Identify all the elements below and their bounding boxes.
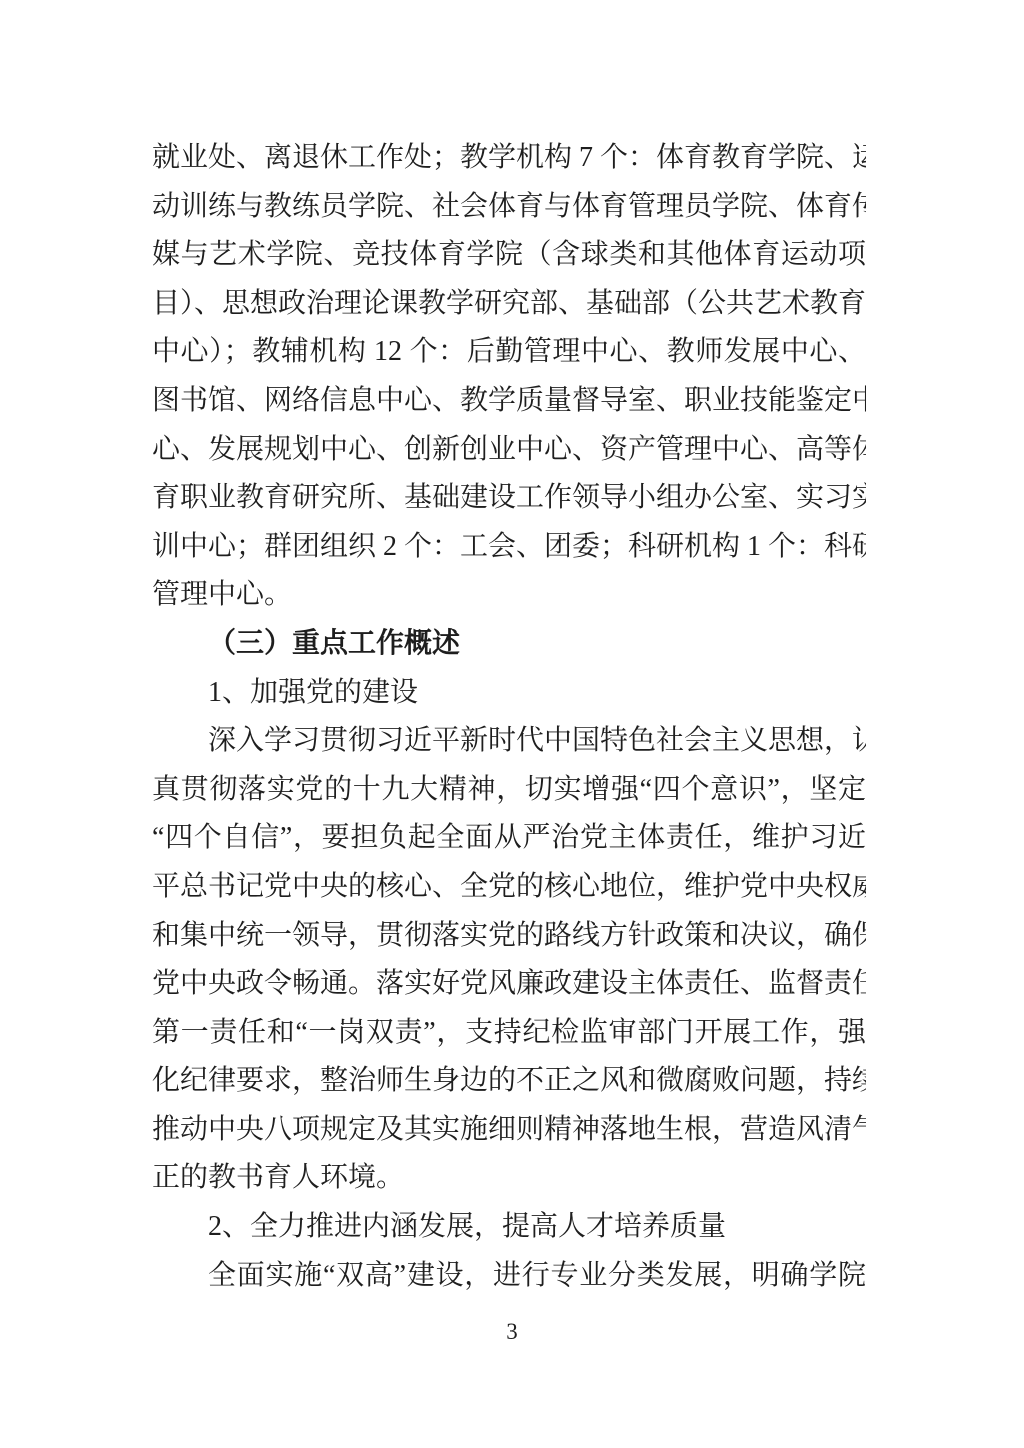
body-line: 训中心；群团组织 2 个：工会、团委；科研机构 1 个：科研 bbox=[152, 523, 866, 572]
body-line: 中心）；教辅机构 12 个：后勤管理中心、教师发展中心、 bbox=[152, 328, 866, 377]
body-line: “四个自信”，要担负起全面从严治党主体责任，维护习近 bbox=[152, 814, 866, 863]
body-line: 动训练与教练员学院、社会体育与体育管理员学院、体育传 bbox=[152, 183, 866, 232]
section-heading: （三）重点工作概述 bbox=[152, 620, 866, 669]
body-line: 目）、思想政治理论课教学研究部、基础部（公共艺术教育 bbox=[152, 280, 866, 329]
body-line: 第一责任和“一岗双责”，支持纪检监审部门开展工作，强 bbox=[152, 1009, 866, 1058]
body-line: 全面实施“双高”建设，进行专业分类发展，明确学院 bbox=[152, 1252, 866, 1301]
body-line: 媒与艺术学院、竞技体育学院（含球类和其他体育运动项 bbox=[152, 231, 866, 280]
body-line: 管理中心。 bbox=[152, 571, 866, 620]
body-line: 心、发展规划中心、创新创业中心、资产管理中心、高等体 bbox=[152, 426, 866, 475]
document-page: 就业处、离退休工作处；教学机构 7 个：体育教育学院、运 动训练与教练员学院、社… bbox=[0, 0, 1024, 1448]
body-line: 深入学习贯彻习近平新时代中国特色社会主义思想，认 bbox=[152, 717, 866, 766]
body-line: 就业处、离退休工作处；教学机构 7 个：体育教育学院、运 bbox=[152, 134, 866, 183]
body-line: 育职业教育研究所、基础建设工作领导小组办公室、实习实 bbox=[152, 474, 866, 523]
body-line: 党中央政令畅通。落实好党风廉政建设主体责任、监督责任、 bbox=[152, 960, 866, 1009]
body-line: 和集中统一领导，贯彻落实党的路线方针政策和决议，确保 bbox=[152, 912, 866, 961]
body-line: 图书馆、网络信息中心、教学质量督导室、职业技能鉴定中 bbox=[152, 377, 866, 426]
body-line: 真贯彻落实党的十九大精神，切实增强“四个意识”，坚定 bbox=[152, 766, 866, 815]
subsection-heading-2: 2、全力推进内涵发展，提高人才培养质量 bbox=[152, 1203, 866, 1252]
body-line: 化纪律要求，整治师生身边的不正之风和微腐败问题，持续 bbox=[152, 1057, 866, 1106]
subsection-heading-1: 1、加强党的建设 bbox=[152, 669, 866, 718]
body-line: 平总书记党中央的核心、全党的核心地位，维护党中央权威 bbox=[152, 863, 866, 912]
document-body: 就业处、离退休工作处；教学机构 7 个：体育教育学院、运 动训练与教练员学院、社… bbox=[152, 134, 866, 1300]
body-line: 正的教书育人环境。 bbox=[152, 1154, 866, 1203]
body-line: 推动中央八项规定及其实施细则精神落地生根，营造风清气 bbox=[152, 1106, 866, 1155]
page-number: 3 bbox=[0, 1316, 1024, 1348]
